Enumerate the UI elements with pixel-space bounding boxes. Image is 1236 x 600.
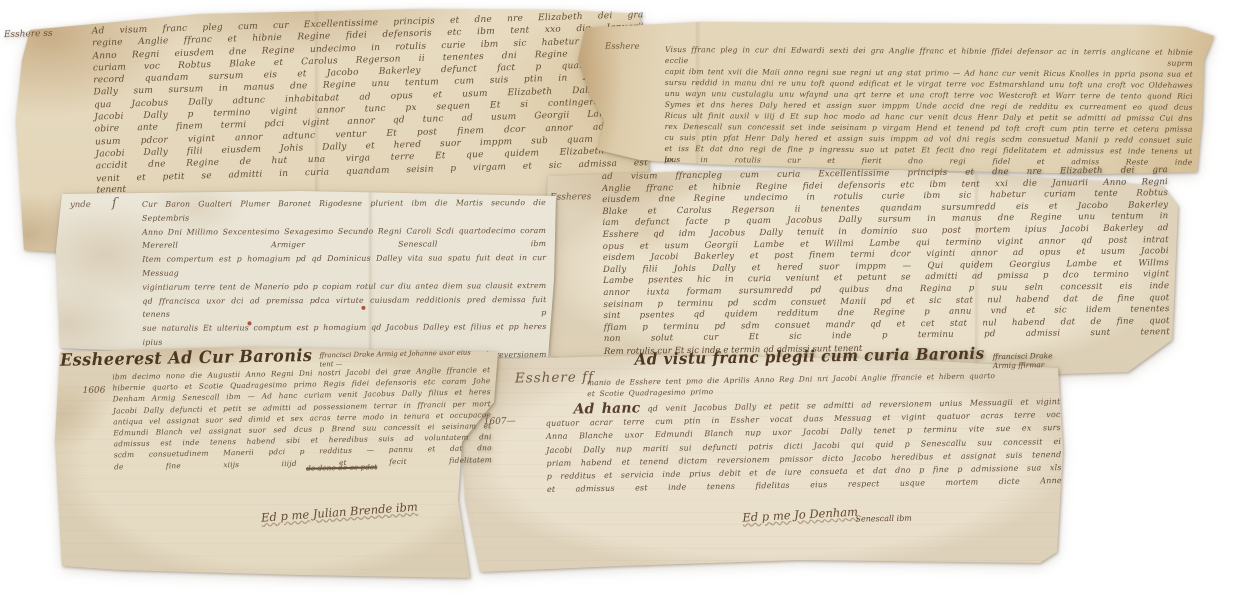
- margin-note: Esshere: [605, 42, 640, 52]
- manuscript-doc-2: Esshere Visus ffranc pleg in cur dni Edw…: [575, 18, 1217, 180]
- signature-suffix: Senescall ibm: [855, 514, 912, 524]
- opening-word: Ad hanc: [573, 402, 640, 416]
- body-lines: Ad visum franc pleg cum cur Excellentiss…: [92, 9, 648, 185]
- text-line: qd ffrancisca uxor dci ad premissa pdca …: [142, 293, 546, 322]
- doc2-content: Esshere Visus ffranc pleg in cur dni Edw…: [574, 18, 1217, 183]
- body-lines: Visus ffranc pleg in cur dni Edwardi sex…: [664, 44, 1193, 168]
- manuscript-doc-6: Esshere ff 1607— Ad vistu franc plegii c…: [455, 350, 1068, 572]
- text-line: Visus ffranc pleg in cur dni Edwardi sex…: [665, 44, 1193, 69]
- year-note: 1606: [82, 386, 105, 396]
- text-line: Cur Baron Gualteri Plumer Baronet Rigode…: [142, 196, 546, 225]
- doc6-content: Esshere ff 1607— Ad vistu franc plegii c…: [454, 341, 1071, 574]
- manuscripts-photo: Esshere ss Ad visum franc pleg cum cur E…: [0, 0, 1236, 600]
- doc-heading: Ad vistu franc plegii cum curia Baronis: [634, 344, 984, 369]
- red-ink-dot: [247, 321, 251, 325]
- steward-signature: Ed p me Julian Brende ibm: [261, 499, 419, 524]
- doc5-content: Essheerest Ad Cur Baronis ffrancisci Dra…: [52, 334, 507, 583]
- body-lines: ad visum ffrancpleg cum curia Excellenti…: [602, 165, 1170, 346]
- text-line: Item compertum est p homagium pd qd Domi…: [142, 251, 546, 280]
- margin-note: ynde: [70, 200, 91, 210]
- cancelled-words: de dene de ce pdet: [306, 462, 377, 472]
- doc-heading: Essheerest Ad Cur Baronis: [60, 345, 313, 370]
- body-lines: Ad hanc qd venit Jacobus Dally et petit …: [545, 395, 1062, 496]
- tail-word: laus: [664, 155, 680, 164]
- steward-signature: Ed p me Jo Denham: [742, 505, 858, 525]
- text-line: vigintiarum terre tent de Manerio pdo p …: [142, 279, 546, 295]
- paraph-mark: ſ: [112, 196, 117, 211]
- heading-continuation: ffrancisci Drake Armig ffirmar: [992, 343, 1067, 370]
- margin-note: Esshere ss: [4, 29, 53, 40]
- manuscript-doc-5: Essheerest Ad Cur Baronis ffrancisci Dra…: [52, 342, 502, 582]
- body-lines: ibm decimo nono die Augustii Anno Regni …: [112, 364, 492, 472]
- red-ink-dot: [361, 306, 365, 310]
- margin-note: Esshere ff: [515, 369, 594, 386]
